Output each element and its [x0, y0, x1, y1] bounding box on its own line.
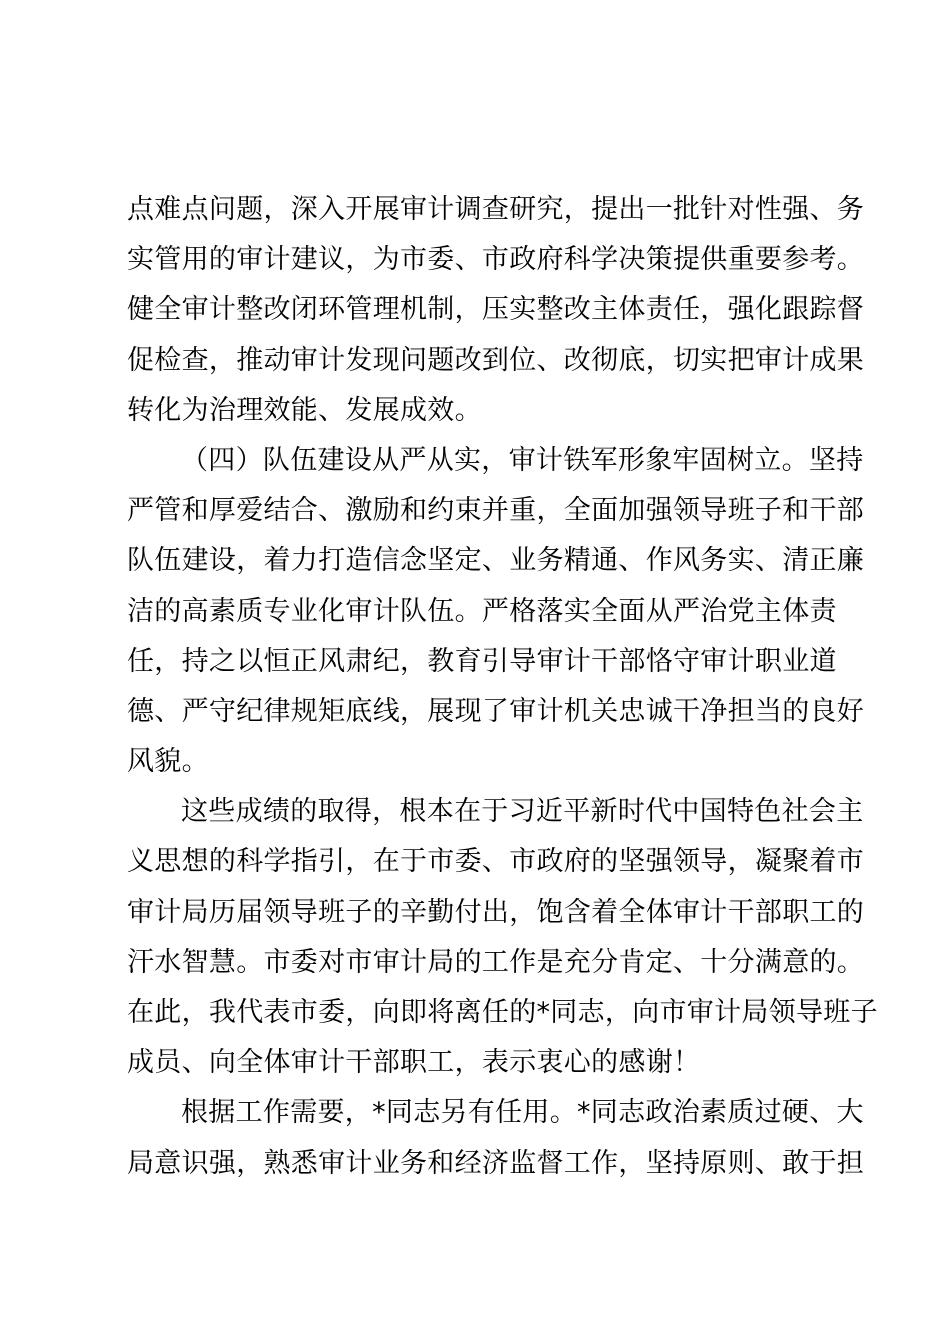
text-line: 洁的高素质专业化审计队伍。严格落实全面从严治党主体责	[127, 587, 833, 637]
text-line: 风貌。	[127, 737, 833, 787]
text-line: 这些成绩的取得，根本在于习近平新时代中国特色社会主	[127, 787, 833, 837]
text-line: 实管用的审计建议，为市委、市政府科学决策提供重要参考。	[127, 235, 833, 285]
paragraph-appointment: 根据工作需要，*同志另有任用。*同志政治素质过硬、大 局意识强，熟悉审计业务和经…	[127, 1088, 833, 1188]
text-line: 促检查，推动审计发现问题改到位、改彻底，切实把审计成果	[127, 336, 833, 386]
text-line: 任，持之以恒正风肃纪，教育引导审计干部恪守审计职业道	[127, 637, 833, 687]
text-line: 严管和厚爱结合、激励和约束并重，全面加强领导班子和干部	[127, 486, 833, 536]
text-line: 根据工作需要，*同志另有任用。*同志政治素质过硬、大	[127, 1088, 833, 1138]
section-heading-line: （四）队伍建设从严从实，审计铁军形象牢固树立。坚持	[127, 436, 833, 486]
text-line: 点难点问题，深入开展审计调查研究，提出一批针对性强、务	[127, 185, 833, 235]
text-line: 健全审计整改闭环管理机制，压实整改主体责任，强化跟踪督	[127, 285, 833, 335]
paragraph-achievements-thanks: 这些成绩的取得，根本在于习近平新时代中国特色社会主 义思想的科学指引，在于市委、…	[127, 787, 833, 1088]
text-line: 队伍建设，着力打造信念坚定、业务精通、作风务实、清正廉	[127, 536, 833, 586]
text-line: 义思想的科学指引，在于市委、市政府的坚强领导，凝聚着市	[127, 837, 833, 887]
document-page: 点难点问题，深入开展审计调查研究，提出一批针对性强、务 实管用的审计建议，为市委…	[127, 185, 833, 1189]
text-line: 转化为治理效能、发展成效。	[127, 386, 833, 436]
text-line: 局意识强，熟悉审计业务和经济监督工作，坚持原则、敢于担	[127, 1139, 833, 1189]
paragraph-audit-rectification: 点难点问题，深入开展审计调查研究，提出一批针对性强、务 实管用的审计建议，为市委…	[127, 185, 833, 436]
text-line: 审计局历届领导班子的辛勤付出，饱含着全体审计干部职工的	[127, 888, 833, 938]
paragraph-team-building: （四）队伍建设从严从实，审计铁军形象牢固树立。坚持 严管和厚爱结合、激励和约束并…	[127, 436, 833, 787]
text-line: 德、严守纪律规矩底线，展现了审计机关忠诚干净担当的良好	[127, 687, 833, 737]
text-line: 成员、向全体审计干部职工，表示衷心的感谢！	[127, 1038, 833, 1088]
text-line: 在此，我代表市委，向即将离任的*同志，向市审计局领导班子	[127, 988, 833, 1038]
text-line: 汗水智慧。市委对市审计局的工作是充分肯定、十分满意的。	[127, 938, 833, 988]
